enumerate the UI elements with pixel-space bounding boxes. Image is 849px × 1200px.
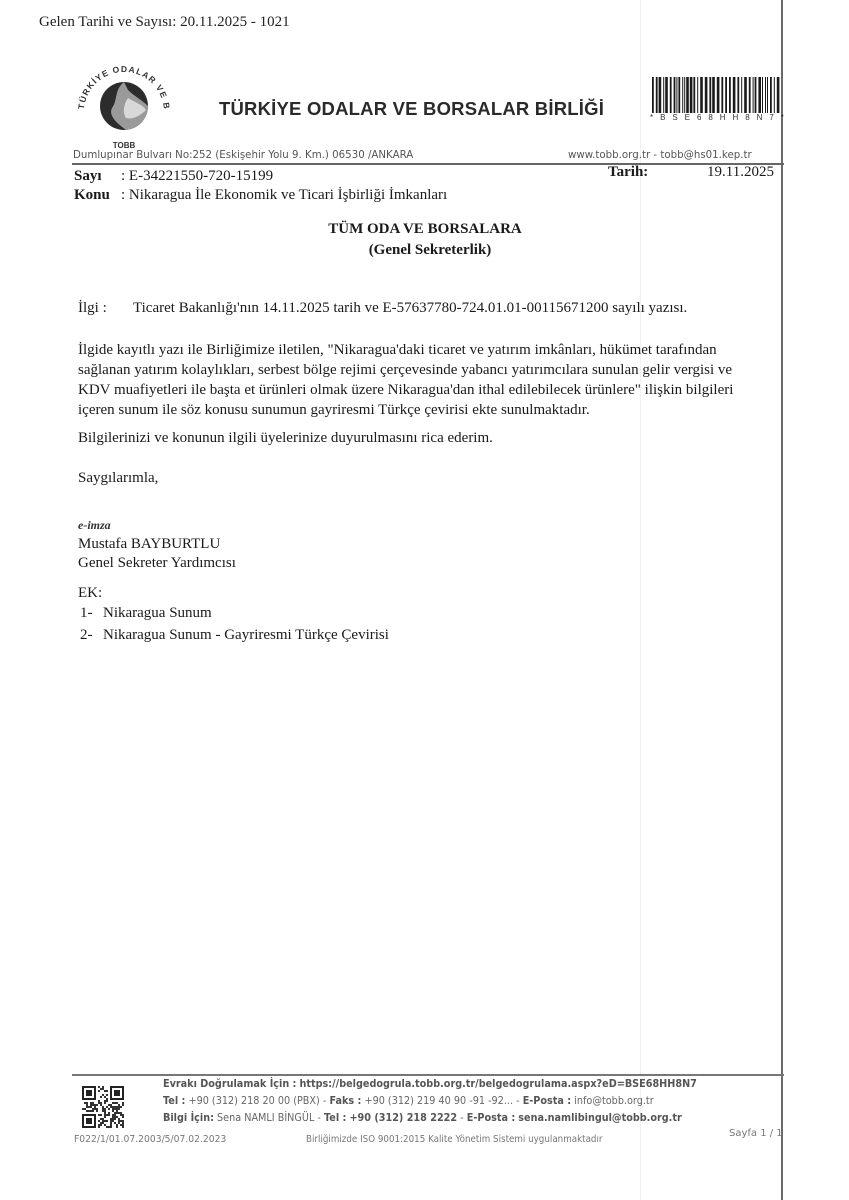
e-signature-mark: e-imza [78, 518, 111, 533]
page-number: Sayfa 1 / 1 [729, 1128, 783, 1139]
body-line: KDV muafiyetleri ile başta et ürünleri o… [78, 380, 790, 400]
signer-title: Genel Sekreter Yardımcısı [78, 555, 236, 572]
iso-note: Birliğimizde ISO 9001:2015 Kalite Yöneti… [306, 1134, 602, 1145]
konu-value: : Nikaragua İle Ekonomik ve Ticari İşbir… [121, 187, 447, 204]
header-divider [72, 163, 784, 165]
attachment-item: 2-Nikaragua Sunum - Gayriresmi Türkçe Çe… [80, 627, 389, 649]
qr-code [82, 1086, 124, 1128]
info-line: Bilgi İçin: Sena NAMLI BİNGÜL - Tel : +9… [163, 1112, 682, 1124]
verify-url[interactable]: https://belgedogrula.tobb.org.tr/belgedo… [300, 1078, 697, 1090]
web-contact[interactable]: www.tobb.org.tr - tobb@hs01.kep.tr [568, 148, 752, 161]
konu-label: Konu [74, 187, 110, 204]
closing-paragraph: Bilgilerinizi ve konunun ilgili üyelerin… [78, 430, 493, 447]
addressee-subtitle: (Genel Sekreterlik) [340, 242, 520, 259]
barcode-code-text: *BSE68HH8N7* [650, 113, 784, 122]
document-barcode [652, 77, 782, 113]
sayi-label: Sayı [74, 168, 102, 185]
email-link[interactable]: info@tobb.org.tr [574, 1095, 653, 1107]
reference-label: İlgi : [78, 300, 107, 317]
address-line: Dumlupınar Bulvarı No:252 (Eskişehir Yol… [73, 148, 413, 161]
tarih-label: Tarih: [608, 164, 648, 181]
footer-divider [72, 1074, 784, 1076]
tarih-value: 19.11.2025 [707, 164, 774, 181]
tobb-logo: TÜRKİYE ODALAR VE BORSALAR BİRLİĞİ TOBB [66, 60, 182, 152]
incoming-date-stamp: Gelen Tarihi ve Sayısı: 20.11.2025 - 102… [39, 14, 290, 31]
contact-line: Tel : +90 (312) 218 20 00 (PBX) - Faks :… [163, 1095, 654, 1107]
body-paragraph: İlgide kayıtlı yazı ile Birliğimize ilet… [78, 340, 790, 420]
scan-artifact-line [781, 0, 783, 1200]
body-line: İlgide kayıtlı yazı ile Birliğimize ilet… [78, 340, 790, 360]
organization-name: TÜRKİYE ODALAR VE BORSALAR BİRLİĞİ [219, 98, 604, 120]
signer-name: Mustafa BAYBURTLU [78, 536, 220, 553]
body-line: içeren sunum ile söz konusu sunumun gayr… [78, 400, 790, 420]
attachment-item: 1-Nikaragua Sunum [80, 605, 389, 627]
verify-line: Evrakı Doğrulamak İçin : https://belgedo… [163, 1078, 697, 1090]
addressee-title: TÜM ODA VE BORSALARA [315, 221, 535, 238]
info-email-link[interactable]: sena.namlibingul@tobb.org.tr [518, 1112, 681, 1124]
form-code: F022/1/01.07.2003/5/07.02.2023 [74, 1134, 226, 1145]
attachments-list: 1-Nikaragua Sunum 2-Nikaragua Sunum - Ga… [80, 605, 389, 649]
sayi-value: : E-34221550-720-15199 [121, 168, 273, 185]
body-line: sağlanan yatırım kolaylıkları, serbest b… [78, 360, 790, 380]
reference-text: Ticaret Bakanlığı'nın 14.11.2025 tarih v… [133, 300, 687, 317]
regards: Saygılarımla, [78, 470, 158, 487]
attachments-label: EK: [78, 585, 102, 602]
